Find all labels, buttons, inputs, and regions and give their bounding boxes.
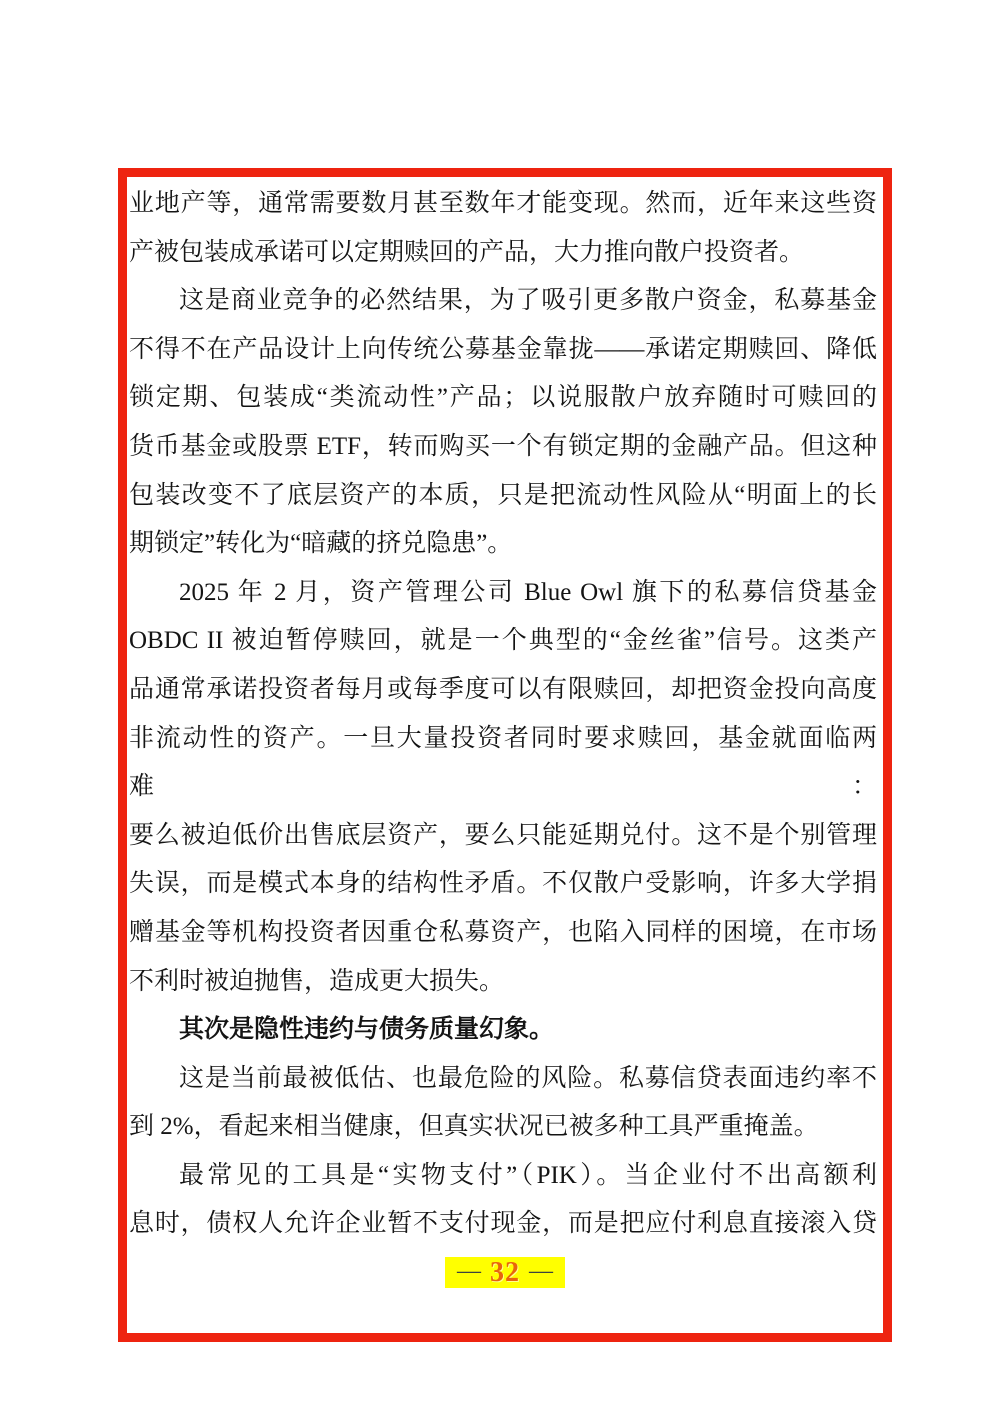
footer-dash-right: — [529, 1259, 553, 1283]
footer-dash-left: — [457, 1259, 481, 1283]
text-line: 不得不在产品设计上向传统公募基金靠拢——承诺定期赎回、降低 [129, 326, 877, 375]
text-line: 2025 年 2 月，资产管理公司 Blue Owl 旗下的私募信贷基金 [129, 569, 877, 618]
text-line: 这是商业竞争的必然结果，为了吸引更多散户资金，私募基金 [129, 277, 877, 326]
text-line: 包装改变不了底层资产的本质，只是把流动性风险从“明面上的长 [129, 472, 877, 521]
text-line: 不利时被迫抛售，造成更大损失。 [129, 958, 877, 1007]
text-line: 锁定期、包装成“类流动性”产品；以说服散户放弃随时可赎回的 [129, 374, 877, 423]
text-line: 产被包装成承诺可以定期赎回的产品，大力推向散户投资者。 [129, 229, 877, 278]
page-canvas: 业地产等，通常需要数月甚至数年才能变现。然而，近年来这些资产被包装成承诺可以定期… [0, 0, 1000, 1414]
page-number-highlight: — 32 — [445, 1257, 565, 1288]
page-border-frame: 业地产等，通常需要数月甚至数年才能变现。然而，近年来这些资产被包装成承诺可以定期… [118, 168, 892, 1342]
text-line: 息时，债权人允许企业暂不支付现金，而是把应付利息直接滚入贷 [129, 1200, 877, 1249]
text-line: 非流动性的资产。一旦大量投资者同时要求赎回，基金就面临两难： [129, 715, 877, 812]
page-number: 32 [490, 1259, 520, 1287]
text-line: 这是当前最被低估、也最危险的风险。私募信贷表面违约率不 [129, 1055, 877, 1104]
text-line: OBDC II 被迫暂停赎回，就是一个典型的“金丝雀”信号。这类产 [129, 617, 877, 666]
text-line: 期锁定”转化为“暗藏的挤兑隐患”。 [129, 520, 877, 569]
text-line: 到 2%，看起来相当健康，但真实状况已被多种工具严重掩盖。 [129, 1103, 877, 1152]
text-line: 货币基金或股票 ETF，转而购买一个有锁定期的金融产品。但这种 [129, 423, 877, 472]
text-line: 要么被迫低价出售底层资产，要么只能延期兑付。这不是个别管理 [129, 812, 877, 861]
body-text: 业地产等，通常需要数月甚至数年才能变现。然而，近年来这些资产被包装成承诺可以定期… [129, 180, 877, 1249]
text-line: 最常见的工具是“实物支付”（PIK）。当企业付不出高额利 [129, 1152, 877, 1201]
text-line: 品通常承诺投资者每月或每季度可以有限赎回，却把资金投向高度 [129, 666, 877, 715]
text-line: 赠基金等机构投资者因重仓私募资产，也陷入同样的困境，在市场 [129, 909, 877, 958]
page-footer: — 32 — [127, 1257, 883, 1288]
text-line: 业地产等，通常需要数月甚至数年才能变现。然而，近年来这些资 [129, 180, 877, 229]
text-line: 其次是隐性违约与债务质量幻象。 [129, 1006, 877, 1055]
text-line: 失误，而是模式本身的结构性矛盾。不仅散户受影响，许多大学捐 [129, 860, 877, 909]
